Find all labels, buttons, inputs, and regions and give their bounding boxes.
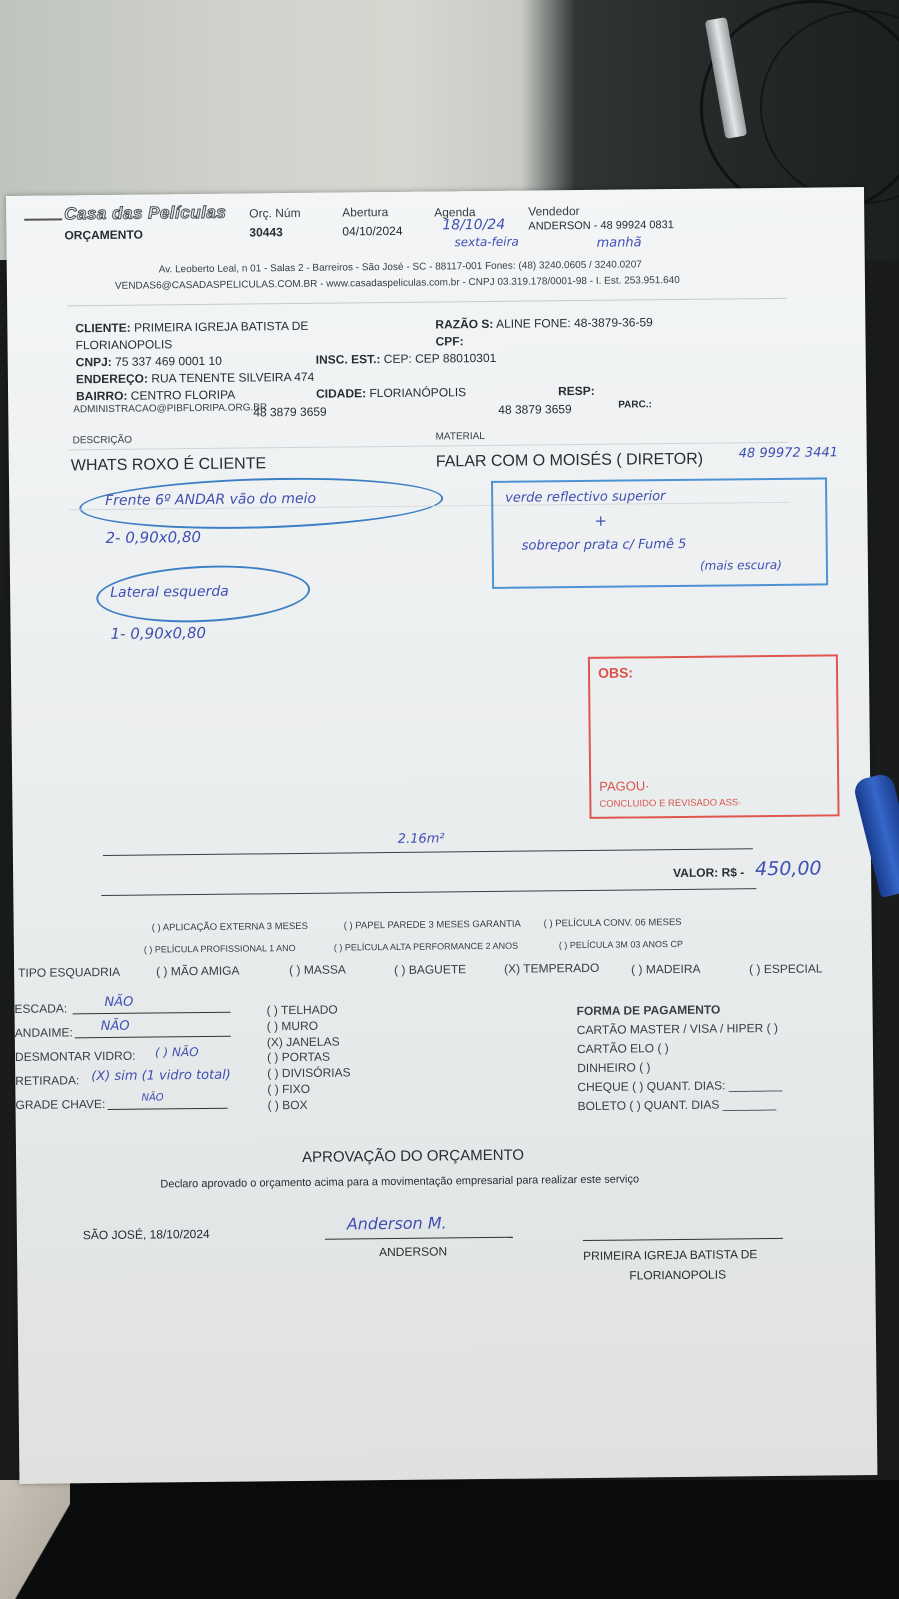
cond-andaime-line [75, 1036, 231, 1039]
esquadria-temperado[interactable]: (X) TEMPERADO [504, 961, 599, 976]
material-phone: 48 99972 3441 [739, 445, 838, 461]
approval-place-date: SÃO JOSÉ, 18/10/2024 [83, 1227, 210, 1242]
cond-escada-label: ESCADA: [14, 1001, 67, 1016]
orc-num-label: Orç. Núm [249, 206, 300, 221]
garantia-5[interactable]: ( ) PELÍCULA ALTA PERFORMANCE 2 ANOS [334, 941, 518, 953]
client-phone-overlap: 48 3879 3659 [253, 405, 327, 420]
cond-retirada-label: RETIRADA: [15, 1073, 79, 1088]
garantia-4[interactable]: ( ) PELÍCULA PROFISSIONAL 1 ANO [144, 943, 296, 955]
quote-form-paper: Casa das Películas ORÇAMENTO Orç. Núm 30… [6, 187, 877, 1484]
client-cpf-label: CPF: [435, 334, 463, 348]
desc-divider [69, 442, 789, 451]
area-line [103, 848, 753, 856]
garantia-1[interactable]: ( ) APLICAÇÃO EXTERNA 3 MESES [152, 921, 308, 934]
valor-label: VALOR: R$ - [673, 865, 744, 880]
payment-cheque[interactable]: CHEQUE ( ) QUANT. DIAS: ________ [577, 1078, 782, 1094]
loc-fixo[interactable]: ( ) FIXO [267, 1082, 310, 1096]
cond-escada-line [73, 1012, 231, 1015]
descricao-label: DESCRIÇÃO [73, 435, 133, 447]
material-text: FALAR COM O MOISÉS ( DIRETOR) [436, 451, 703, 472]
cond-andaime-label: ANDAIME: [15, 1025, 73, 1040]
client-parc-label: PARC.: [618, 399, 652, 410]
valor-line [101, 888, 756, 896]
esquadria-baguete[interactable]: ( ) BAGUETE [394, 962, 466, 977]
cond-grade-line [108, 1108, 228, 1110]
loc-box[interactable]: ( ) BOX [267, 1098, 307, 1112]
company-contact: VENDAS6@CASADASPELICULAS.COM.BR - www.ca… [115, 275, 680, 292]
payment-cartao-master[interactable]: CARTÃO MASTER / VISA / HIPER ( ) [577, 1021, 778, 1037]
material-line-3: (mais escura) [700, 558, 782, 573]
loc-portas[interactable]: ( ) PORTAS [267, 1050, 330, 1065]
company-logo: Casa das Películas [64, 203, 226, 225]
approval-statement: Declaro aprovado o orçamento acima para … [160, 1173, 639, 1190]
client-address: ENDEREÇO: RUA TENENTE SILVEIRA 474 [76, 370, 314, 386]
client-email: ADMINISTRACAO@PIBFLORIPA.ORG.BR [73, 402, 267, 415]
material-plus: + [594, 512, 607, 530]
garantia-3[interactable]: ( ) PELÍCULA CONV. 06 MESES [544, 917, 682, 929]
item-1-measure: 2- 0,90x0,80 [105, 528, 201, 547]
esquadria-massa[interactable]: ( ) MASSA [289, 962, 346, 977]
approval-title: APROVAÇÃO DO ORÇAMENTO [302, 1147, 524, 1166]
esquadria-label: TIPO ESQUADRIA [18, 965, 120, 980]
header-divider [67, 298, 787, 307]
seller-signature: Anderson M. [347, 1213, 447, 1233]
cond-andaime-value[interactable]: NÃO [101, 1019, 130, 1034]
loc-telhado[interactable]: ( ) TELHADO [266, 1003, 337, 1018]
pagou-label: PAGOU· [599, 778, 649, 794]
client-signature-name: PRIMEIRA IGREJA BATISTA DE [583, 1247, 757, 1263]
seller-signature-line [325, 1237, 513, 1240]
photo-background-edge [0, 1480, 70, 1599]
abertura-date: 04/10/2024 [342, 224, 402, 239]
area-total: 2.16m² [398, 831, 445, 846]
client-cidade: CIDADE: FLORIANÓPOLIS [316, 385, 466, 401]
material-label: MATERIAL [435, 431, 484, 443]
payment-cartao-elo[interactable]: CARTÃO ELO ( ) [577, 1041, 669, 1056]
garantia-2[interactable]: ( ) PAPEL PAREDE 3 MESES GARANTIA [344, 919, 521, 932]
photo-background-bottom [0, 1480, 899, 1599]
obs-box: OBS: PAGOU· CONCLUIDO E REVISADO ASS· [588, 654, 840, 819]
valor-amount: 450,00 [755, 857, 822, 880]
client-phone: 48 3879 3659 [498, 402, 572, 417]
cond-desmontar-value[interactable]: ( ) NÃO [155, 1045, 199, 1059]
descricao-text: WHATS ROXO É CLIENTE [71, 455, 266, 475]
client-signature-line [583, 1238, 783, 1241]
company-address: Av. Leoberto Leal, n 01 - Salas 2 - Barr… [159, 259, 642, 275]
payment-boleto[interactable]: BOLETO ( ) QUANT. DIAS ________ [577, 1097, 776, 1113]
client-bairro: BAIRRO: CENTRO FLORIPA [76, 388, 235, 404]
esquadria-especial[interactable]: ( ) ESPECIAL [749, 961, 823, 976]
cond-desmontar-label: DESMONTAR VIDRO: [15, 1049, 136, 1064]
client-name-line2: FLORIANOPOLIS [75, 337, 172, 352]
payment-title: FORMA DE PAGAMENTO [576, 1003, 720, 1019]
cond-escada-value[interactable]: NÃO [104, 995, 133, 1010]
esquadria-madeira[interactable]: ( ) MADEIRA [631, 962, 700, 977]
loc-janelas[interactable]: (X) JANELAS [267, 1035, 340, 1050]
cond-grade-value[interactable]: NÃO [141, 1092, 163, 1103]
client-razao: RAZÃO S: ALINE FONE: 48-3879-36-59 [435, 315, 653, 331]
orc-num: 30443 [249, 225, 283, 239]
cond-grade-label: GRADE CHAVE: [15, 1097, 105, 1112]
loc-divisorias[interactable]: ( ) DIVISÓRIAS [267, 1065, 350, 1080]
client-cnpj: CNPJ: 75 337 469 0001 10 [76, 354, 222, 370]
abertura-label: Abertura [342, 205, 388, 219]
cond-retirada-value[interactable]: (X) sim (1 vidro total) [91, 1068, 231, 1084]
concluido-label: CONCLUIDO E REVISADO ASS· [599, 797, 741, 809]
garantia-6[interactable]: ( ) PELÍCULA 3M 03 ANOS CP [559, 939, 683, 950]
material-line-2: sobrepor prata c/ Fumê 5 [522, 537, 687, 554]
logo-dash [24, 218, 62, 220]
seller-name: ANDERSON [379, 1244, 447, 1259]
client-signature-name-line2: FLORIANOPOLIS [629, 1268, 726, 1283]
client-name: CLIENTE: PRIMEIRA IGREJA BATISTA DE [75, 319, 308, 335]
item-2-title: Lateral esquerda [110, 584, 229, 601]
agenda-period: manhã [596, 235, 641, 250]
doc-type: ORÇAMENTO [64, 228, 143, 243]
obs-label: OBS: [598, 664, 633, 680]
loc-muro[interactable]: ( ) MURO [267, 1019, 318, 1034]
client-resp-label: RESP: [558, 384, 595, 398]
agenda-weekday: sexta-feira [454, 235, 519, 250]
client-insc: INSC. EST.: CEP: CEP 88010301 [316, 351, 497, 367]
item-2-measure: 1- 0,90x0,80 [110, 624, 206, 643]
agenda-date: 18/10/24 [442, 217, 505, 234]
vendedor-label: Vendedor [528, 204, 580, 219]
material-line-1: verde reflectivo superior [505, 489, 665, 506]
payment-dinheiro[interactable]: DINHEIRO ( ) [577, 1060, 650, 1075]
vendedor: ANDERSON - 48 99924 0831 [528, 219, 674, 233]
esquadria-mao-amiga[interactable]: ( ) MÃO AMIGA [156, 964, 239, 979]
